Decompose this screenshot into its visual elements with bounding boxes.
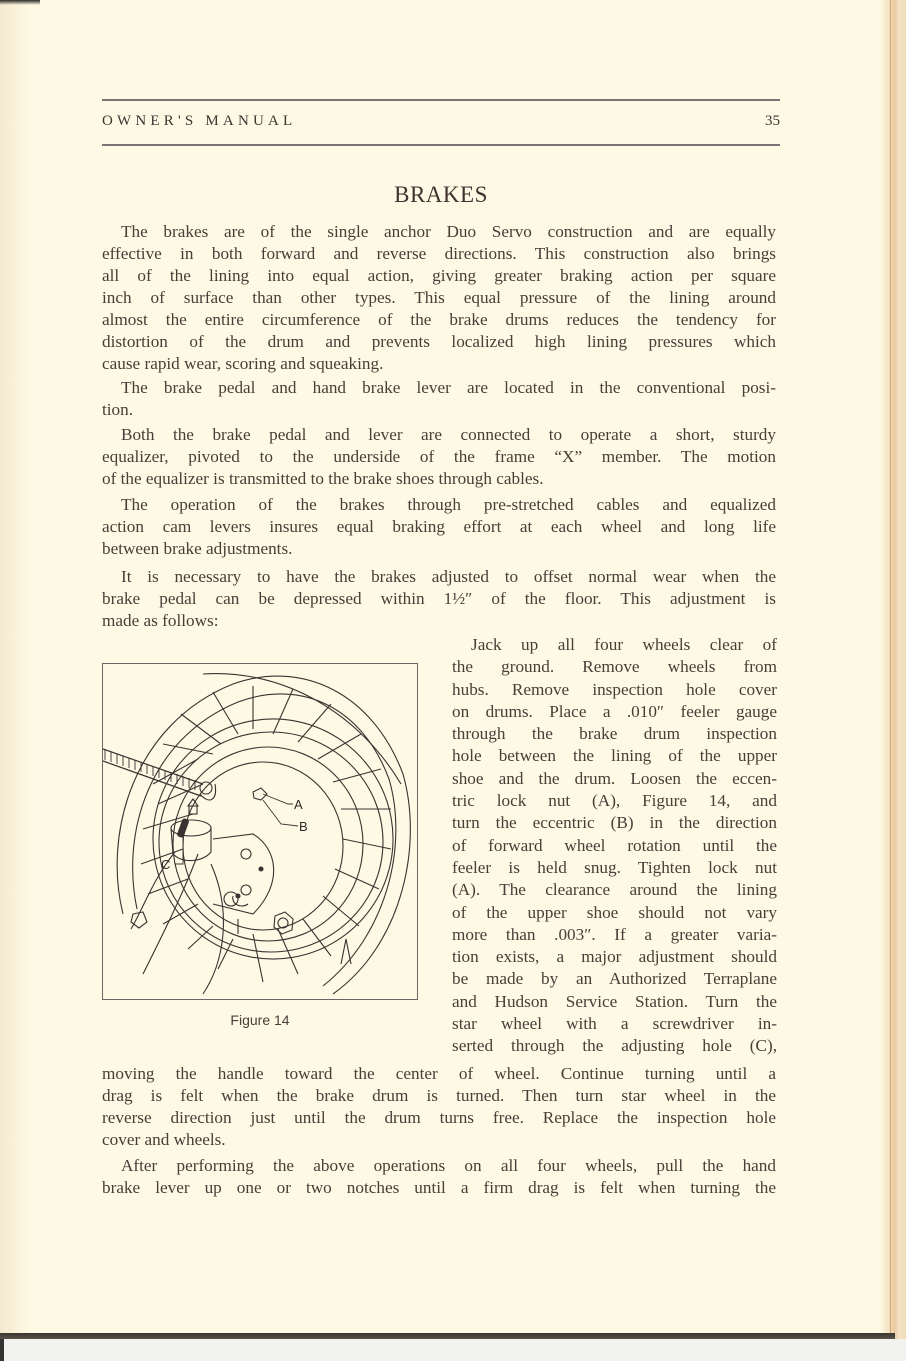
section-title: BRAKES bbox=[102, 182, 780, 208]
text-line: (A). The clearance around the lining bbox=[452, 879, 777, 901]
text-line: effective in both forward and reverse di… bbox=[102, 243, 776, 265]
text-line: turn the eccentric (B) in the direction bbox=[452, 812, 777, 834]
text-line: the ground. Remove wheels from bbox=[452, 656, 777, 678]
scan-background bbox=[0, 1339, 906, 1361]
text-line: Both the brake pedal and lever are conne… bbox=[102, 424, 776, 446]
running-header: OWNER'S MANUAL 35 bbox=[102, 113, 780, 137]
paragraph-cables: The operation of the brakes through pre-… bbox=[102, 494, 776, 560]
text-line: serted through the adjusting hole (C), bbox=[452, 1035, 777, 1057]
paragraph-adjustment-intro: It is necessary to have the brakes adjus… bbox=[102, 566, 776, 632]
text-line: through the brake drum inspection bbox=[452, 723, 777, 745]
text-line: The brake pedal and hand brake lever are… bbox=[102, 377, 776, 399]
text-line: feeler is held snug. Tighten lock nut bbox=[452, 857, 777, 879]
text-line: shoe and the drum. Loosen the eccen- bbox=[452, 768, 777, 790]
text-line: cover and wheels. bbox=[102, 1129, 776, 1151]
text-line: and Hudson Service Station. Turn the bbox=[452, 991, 777, 1013]
text-line: cause rapid wear, scoring and squeaking. bbox=[102, 353, 776, 375]
text-line: equalizer, pivoted to the underside of t… bbox=[102, 446, 776, 468]
paragraph-hand-brake: After performing the above operations on… bbox=[102, 1155, 776, 1199]
text-line: of the equalizer is transmitted to the b… bbox=[102, 468, 776, 490]
text-line: tric lock nut (A), Figure 14, and bbox=[452, 790, 777, 812]
text-line: tion. bbox=[102, 399, 776, 421]
page-number: 35 bbox=[765, 113, 780, 130]
brake-assembly-illustration: A B C bbox=[103, 664, 418, 1000]
text-line: between brake adjustments. bbox=[102, 538, 776, 560]
text-line: After performing the above operations on… bbox=[102, 1155, 776, 1177]
text-line: hole between the lining of the upper bbox=[452, 745, 777, 767]
text-line: brake lever up one or two notches until … bbox=[102, 1177, 776, 1199]
page-edge-right bbox=[880, 0, 906, 1361]
text-line: moving the handle toward the center of w… bbox=[102, 1063, 776, 1085]
text-line: action cam levers insures equal braking … bbox=[102, 516, 776, 538]
text-line: brake pedal can be depressed within 1½″ … bbox=[102, 588, 776, 610]
paragraph-construction: The brakes are of the single anchor Duo … bbox=[102, 221, 776, 375]
text-line: The operation of the brakes through pre-… bbox=[102, 494, 776, 516]
text-line: The brakes are of the single anchor Duo … bbox=[102, 221, 776, 243]
callout-a: A bbox=[294, 797, 303, 812]
text-line: Jack up all four wheels clear of bbox=[452, 634, 777, 656]
text-line: all of the lining into equal action, giv… bbox=[102, 265, 776, 287]
text-line: be made by an Authorized Terraplane bbox=[452, 968, 777, 990]
text-line: of forward wheel rotation until the bbox=[452, 835, 777, 857]
paragraph-pedal-location: The brake pedal and hand brake lever are… bbox=[102, 377, 776, 421]
page-corner-shadow bbox=[0, 0, 40, 5]
page-binding-shadow bbox=[0, 0, 30, 1361]
text-line: reverse direction just until the drum tu… bbox=[102, 1107, 776, 1129]
text-line: tion exists, a major adjustment should bbox=[452, 946, 777, 968]
paragraph-adjustment-steps-column: Jack up all four wheels clear of the gro… bbox=[452, 634, 777, 1058]
figure-caption: Figure 14 bbox=[102, 1012, 418, 1028]
text-line: hubs. Remove inspection hole cover bbox=[452, 679, 777, 701]
running-title: OWNER'S MANUAL bbox=[102, 113, 296, 130]
text-line: almost the entire circumference of the b… bbox=[102, 309, 776, 331]
callout-c: C bbox=[161, 857, 170, 872]
text-line: distortion of the drum and prevents loca… bbox=[102, 331, 776, 353]
text-line: It is necessary to have the brakes adjus… bbox=[102, 566, 776, 588]
text-line: of the upper shoe should not vary bbox=[452, 902, 777, 924]
header-bottom-rule bbox=[102, 144, 780, 146]
text-line: star wheel with a screwdriver in- bbox=[452, 1013, 777, 1035]
paragraph-equalizer: Both the brake pedal and lever are conne… bbox=[102, 424, 776, 490]
text-line: inch of surface than other types. This e… bbox=[102, 287, 776, 309]
text-line: more than .003″. If a greater varia- bbox=[452, 924, 777, 946]
paragraph-adjustment-steps-continued: moving the handle toward the center of w… bbox=[102, 1063, 776, 1151]
header-top-rule bbox=[102, 99, 780, 101]
text-line: on drums. Place a .010″ feeler gauge bbox=[452, 701, 777, 723]
callout-b: B bbox=[299, 819, 308, 834]
figure-14-brake-diagram: A B C bbox=[102, 663, 418, 1000]
text-line: drag is felt when the brake drum is turn… bbox=[102, 1085, 776, 1107]
text-line: made as follows: bbox=[102, 610, 776, 632]
